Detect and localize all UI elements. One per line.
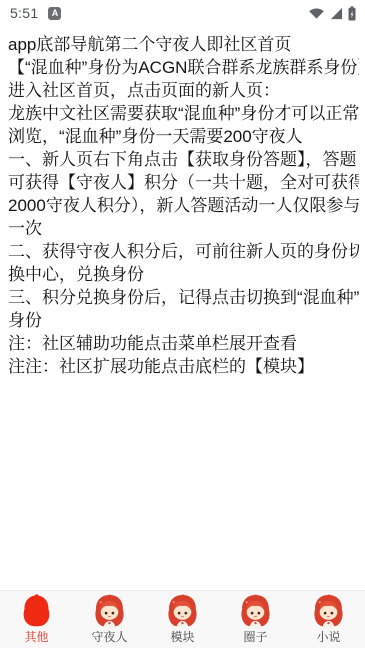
text-line: 换中心，兑换身份 [8, 263, 359, 286]
nav-tab-circles[interactable]: 圈子 [219, 591, 292, 648]
wifi-icon [308, 7, 325, 19]
text-line: 三、积分兑换身份后，记得点击切换到“混血种” [8, 286, 359, 309]
text-line: 进入社区首页，点击页面的新人页： [8, 79, 359, 102]
bottom-nav-bar: 其他 守夜人 模块 圈子 小说 [0, 590, 365, 648]
text-line: 身份 [8, 309, 359, 332]
status-time: 5:51 [10, 5, 38, 21]
text-line: 注注：社区扩展功能点击底栏的【模块】 [8, 355, 359, 378]
cellular-signal-icon [330, 7, 343, 20]
nav-tab-modules[interactable]: 模块 [146, 591, 219, 648]
text-line: app底部导航第二个守夜人即社区首页 [8, 33, 359, 56]
text-line: 【“混血种”身份为ACGN联合群系龙族群系身份】 [8, 56, 359, 79]
nav-tab-other[interactable]: 其他 [0, 591, 73, 648]
nav-tab-label: 小说 [316, 630, 340, 644]
nav-tab-watchman[interactable]: 守夜人 [73, 591, 146, 648]
battery-charging-icon [348, 6, 356, 21]
notification-badge-icon: A [48, 7, 61, 20]
chibi-silhouette-icon [18, 593, 55, 630]
nav-tab-label: 守夜人 [91, 630, 127, 644]
text-line: 可获得【守夜人】积分（一共十题，全对可获得 [8, 171, 359, 194]
nav-tab-label: 圈子 [243, 630, 267, 644]
chibi-girl-icon [164, 593, 201, 630]
text-line: 浏览，“混血种”身份一天需要200守夜人 [8, 125, 359, 148]
chibi-girl-icon [91, 593, 128, 630]
text-line: 一、新人页右下角点击【获取身份答题】，答题 [8, 148, 359, 171]
chibi-girl-icon [237, 593, 274, 630]
instructions-text: app底部导航第二个守夜人即社区首页 【“混血种”身份为ACGN联合群系龙族群系… [0, 26, 365, 378]
text-line: 一次 [8, 217, 359, 240]
text-line: 2000守夜人积分），新人答题活动一人仅限参与 [8, 194, 359, 217]
nav-tab-novels[interactable]: 小说 [292, 591, 365, 648]
chibi-girl-icon [310, 593, 347, 630]
text-line: 注：社区辅助功能点击菜单栏展开查看 [8, 332, 359, 355]
text-line: 龙族中文社区需要获取“混血种”身份才可以正常 [8, 102, 359, 125]
text-line: 二、获得守夜人积分后，可前往新人页的身份切 [8, 240, 359, 263]
nav-tab-label: 其他 [24, 630, 48, 644]
nav-tab-label: 模块 [170, 630, 194, 644]
status-bar: 5:51 A [0, 0, 365, 26]
